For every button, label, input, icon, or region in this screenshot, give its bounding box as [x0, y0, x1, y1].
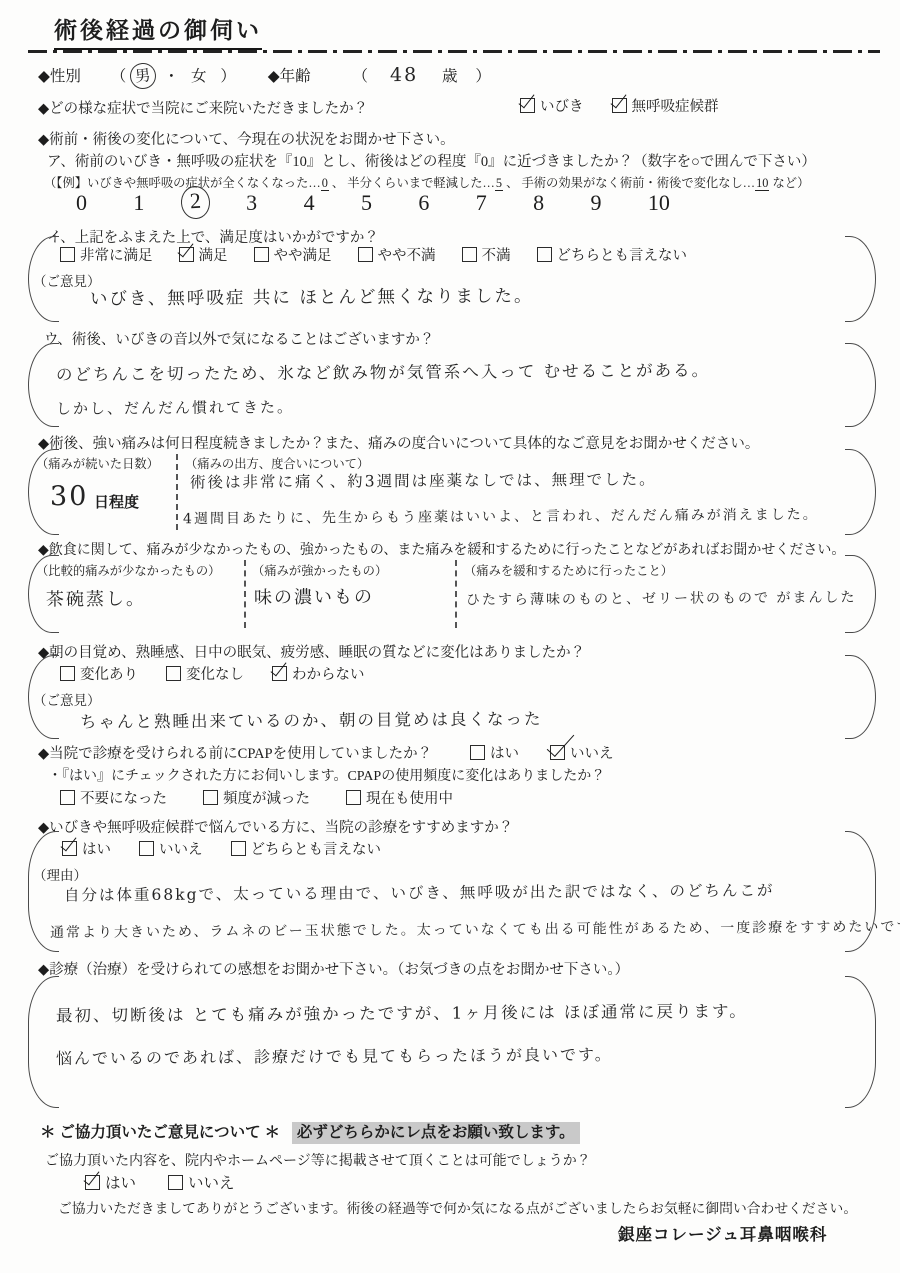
satisfaction-comment-handwritten: いびき、無呼吸症 共に ほとんど無くなりました。: [90, 282, 534, 310]
recommend-options: はい いいえ どちらとも言えない: [62, 838, 381, 859]
checkbox-option: 変化あり: [60, 663, 138, 684]
checkbox-checked-icon: [62, 841, 77, 856]
checkbox-option: はい: [62, 838, 111, 859]
checkbox-icon: [60, 247, 75, 262]
footer-note-prefix: ＊ ご協力頂いたご意見について ＊: [40, 1124, 280, 1141]
publish-question: ご協力頂いた内容を、院内やホームページ等に掲載させて頂くことは可能でしょうか？: [45, 1150, 591, 1170]
checkbox-checked-icon: [550, 745, 565, 760]
checkbox-icon: [60, 666, 75, 681]
male-circled-annotation: 男: [129, 62, 157, 91]
cpap-question-row: ◆当院で診療を受けられる前にCPAPを使用していましたか？ はい いいえ: [38, 742, 886, 763]
checkbox-option: やや不満: [358, 244, 436, 265]
gender-label: ◆性別: [38, 68, 81, 85]
other-concern-box: のどちんこを切ったため、氷など飲み物が気管系へ入って むせることがある。 しかし…: [28, 343, 876, 427]
checkbox-option: やや満足: [254, 244, 332, 265]
checkbox-option: 変化なし: [166, 663, 244, 684]
publish-options: はい いいえ: [85, 1171, 235, 1193]
change-heading: ◆術前・術後の変化について、今現在の状況をお聞かせ下さい。: [38, 128, 455, 149]
checkbox-icon: [168, 1175, 183, 1190]
checkbox-option: どちらとも言えない: [231, 838, 382, 859]
symptom-question: ◆どの様な症状で当院にご来院いただきましたか？: [38, 97, 368, 118]
opinion-label: （ご意見）: [33, 689, 101, 709]
age-label: ◆年齢: [268, 68, 311, 85]
eating-col2-value-handwritten: 味の濃いもの: [254, 583, 374, 610]
checkbox-icon: [203, 790, 218, 805]
checkbox-icon: [60, 790, 75, 805]
footer-note-strong: 必ずどちらかにレ点をお願い致します。: [292, 1122, 580, 1144]
checkbox-option: 現在も使用中: [346, 787, 453, 808]
eating-col3-value-handwritten: ひたすら薄味のものと、ゼリー状のもので がまんした: [466, 587, 857, 610]
satisfaction-options: 非常に満足 満足 やや満足 やや不満 不満 どちらとも言えない: [60, 244, 687, 265]
checkbox-icon: [166, 666, 181, 681]
checkbox-icon: [139, 841, 154, 856]
dashed-column-divider: [176, 454, 178, 530]
dash-dot-divider: [28, 50, 880, 53]
clinic-name: 銀座コレージュ耳鼻咽喉科: [618, 1221, 827, 1245]
checkbox-checked-icon: [272, 666, 287, 681]
checkbox-option: いいえ: [139, 838, 203, 859]
change-sub-a: ア、術前のいびき・無呼吸の症状を『10』とし、術後はどの程度『0』に近づきました…: [47, 150, 816, 171]
checkbox-icon: [346, 790, 361, 805]
sleep-comment-handwritten: ちゃんと熟睡出来ているのか、朝の目覚めは良くなった: [80, 705, 543, 732]
dashed-column-divider: [244, 560, 246, 628]
checkbox-option-yes: はい: [470, 742, 519, 763]
recommend-box: はい いいえ どちらとも言えない （理由） 自分は体重68kgで、太っている理由…: [28, 831, 876, 952]
impression-line1-handwritten: 最初、切断後は とても痛みが強かったですが、1ヶ月後には ほぼ通常に戻ります。: [56, 998, 748, 1027]
checkbox-option-mukokyu: 無呼吸症候群: [612, 95, 719, 116]
pain-days-unit: 日程度: [94, 491, 139, 512]
checkbox-option: 頻度が減った: [203, 787, 310, 808]
checkbox-icon: [231, 841, 246, 856]
footer-thanks: ご協力いただきましてありがとうございます。術後の経過等で何か気になる点がございま…: [58, 1197, 857, 1217]
impression-line2-handwritten: 悩んでいるのであれば、診療だけでも見てもらったほうが良いです。: [56, 1042, 613, 1069]
eating-col3-label: （痛みを緩和するために行ったこと）: [464, 561, 673, 579]
eating-col2-label: （痛みが強かったもの）: [252, 561, 387, 579]
cpap-sub-question: ・『はい』にチェックされた方にお伺いします。CPAPの使用頻度に変化はありました…: [48, 765, 605, 785]
checkbox-option-no: いいえ: [550, 742, 614, 763]
profile-row: ◆性別 （ 男 ・ 女 ） ◆年齢 （ 48 歳 ）: [38, 63, 491, 89]
questionnaire-page: 術後経過の御伺い ◆性別 （ 男 ・ 女 ） ◆年齢 （ 48 歳 ） ◆どの様…: [0, 0, 900, 1273]
footer-note-row: ＊ ご協力頂いたご意見について ＊ 必ずどちらかにレ点をお願い致します。: [40, 1120, 580, 1142]
pain-days-value-handwritten: 30: [50, 481, 89, 512]
dashed-column-divider: [455, 560, 457, 628]
page-title: 術後経過の御伺い: [54, 12, 262, 50]
checkbox-option-ibiki: いびき: [520, 95, 584, 116]
checkbox-checked-icon: [612, 98, 627, 113]
eating-box: （比較的痛みが少なかったもの） （痛みが強かったもの） （痛みを緩和するために行…: [28, 555, 876, 633]
checkbox-checked-icon: [520, 98, 535, 113]
age-value-handwritten: 48: [390, 64, 418, 86]
checkbox-icon: [470, 745, 485, 760]
checkbox-icon: [358, 247, 373, 262]
pain-line1-handwritten: 術後は非常に痛く、約3週間は座薬なしでは、無理でした。: [190, 467, 657, 492]
pain-box: （痛みが続いた日数） （痛みの出方、度合いについて） 30 日程度 術後は非常に…: [28, 449, 876, 535]
sleep-box: 変化あり 変化なし わからない （ご意見） ちゃんと熟睡出来ているのか、朝の目覚…: [28, 655, 876, 739]
checkbox-icon: [462, 247, 477, 262]
cpap-question: ◆当院で診療を受けられる前にCPAPを使用していましたか？: [38, 746, 432, 762]
checkbox-option: 非常に満足: [60, 244, 153, 265]
checkbox-option: 不要になった: [60, 787, 167, 808]
male-label: 男: [134, 67, 151, 86]
other-concern-line2-handwritten: しかし、だんだん慣れてきた。: [56, 396, 294, 419]
checkbox-option: どちらとも言えない: [537, 244, 688, 265]
recommend-line2-handwritten: 通常より大きいため、ラムネのビー玉状態でした。太っていなくても出る可能性があるた…: [50, 916, 900, 942]
reason-label: （理由）: [33, 864, 87, 884]
impression-box: 最初、切断後は とても痛みが強かったですが、1ヶ月後には ほぼ通常に戻ります。 …: [28, 976, 876, 1108]
checkbox-icon: [537, 247, 552, 262]
eating-col1-value-handwritten: 茶碗蒸し。: [46, 585, 146, 612]
female-label: 女: [191, 68, 207, 85]
pain-line2-handwritten: 4週間目あたりに、先生からもう座薬はいいよ、と言われ、だんだん痛みが消えました。: [183, 504, 819, 528]
pain-days-label: （痛みが続いた日数）: [36, 454, 159, 472]
checkbox-checked-icon: [85, 1175, 100, 1190]
sleep-options: 変化あり 変化なし わからない: [60, 663, 365, 684]
eating-col1-label: （比較的痛みが少なかったもの）: [36, 561, 220, 579]
satisfaction-comment-box: 非常に満足 満足 やや満足 やや不満 不満 どちらとも言えない （ご意見） いび…: [28, 236, 876, 322]
checkbox-option: 満足: [179, 244, 228, 265]
rating-scale: 0 1 2 3 4 5 6 7 8 9 10: [76, 186, 670, 219]
checkbox-option: 不満: [462, 244, 511, 265]
checkbox-option-no: いいえ: [168, 1171, 235, 1193]
cpap-options: 不要になった 頻度が減った 現在も使用中: [60, 787, 453, 808]
symptom-options: いびき 無呼吸症候群: [520, 95, 719, 116]
other-concern-line1-handwritten: のどちんこを切ったため、氷など飲み物が気管系へ入って むせることがある。: [56, 357, 710, 386]
recommend-line1-handwritten: 自分は体重68kgで、太っている理由で、いびき、無呼吸が出た訳ではなく、のどちん…: [64, 879, 775, 906]
checkbox-icon: [254, 247, 269, 262]
circled-rating-annotation: 2: [180, 185, 211, 220]
checkbox-option-yes: はい: [85, 1171, 136, 1193]
checkbox-checked-icon: [179, 247, 194, 262]
checkbox-option: わからない: [272, 663, 365, 684]
